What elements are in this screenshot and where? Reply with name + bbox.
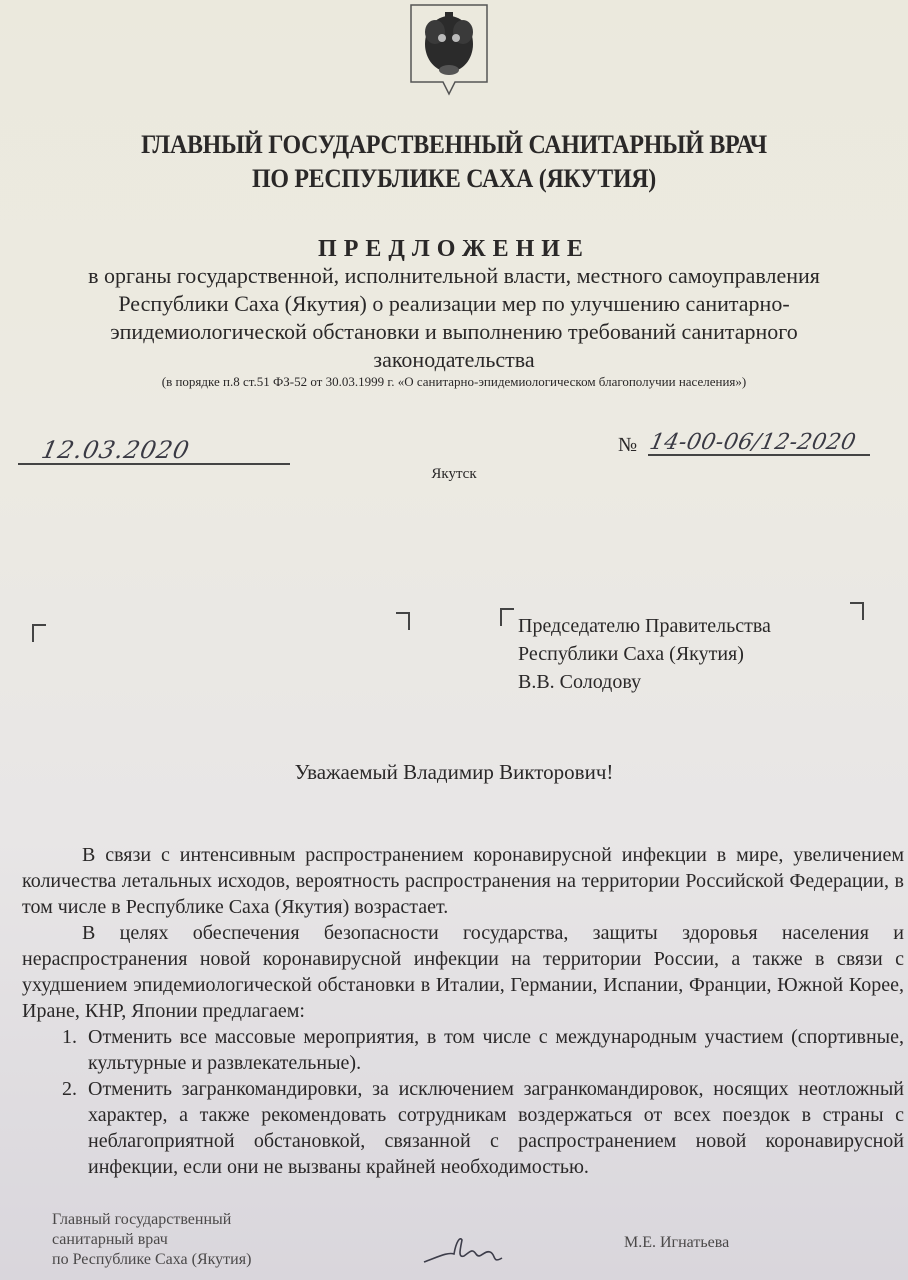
body-paragraph: В целях обеспечения безопасности государ… [22, 920, 904, 1024]
subtitle-line: Республики Саха (Якутия) о реализации ме… [0, 290, 908, 318]
number-underline [648, 454, 870, 456]
addressee-line: Республики Саха (Якутия) [518, 640, 771, 668]
org-title-line-2: ПО РЕСПУБЛИКЕ САХА (ЯКУТИЯ) [36, 162, 871, 196]
document-type: ПРЕДЛОЖЕНИЕ [0, 236, 908, 263]
org-title-line-1: ГЛАВНЫЙ ГОСУДАРСТВЕННЫЙ САНИТАРНЫЙ ВРАЧ [36, 128, 871, 162]
addressee-line: Председателю Правительства [518, 612, 771, 640]
position-line: Главный государственный [52, 1210, 251, 1230]
signer-position: Главный государственный санитарный врач … [52, 1210, 251, 1270]
number-label: № [618, 434, 637, 457]
subtitle-line: в органы государственной, исполнительной… [0, 262, 908, 290]
legal-basis: (в порядке п.8 ст.51 ФЗ-52 от 30.03.1999… [0, 374, 908, 390]
body-paragraph: В связи с интенсивным распространением к… [22, 842, 904, 920]
subtitle-line: эпидемиологической обстановки и выполнен… [0, 318, 908, 346]
position-line: санитарный врач [52, 1230, 251, 1250]
date-underline [18, 463, 290, 465]
city: Якутск [0, 466, 908, 483]
corner-mark-top-left [32, 624, 46, 642]
subtitle-line: законодательства [0, 346, 908, 374]
signature-icon [420, 1232, 520, 1272]
organization-title: ГЛАВНЫЙ ГОСУДАРСТВЕННЫЙ САНИТАРНЫЙ ВРАЧ … [36, 128, 871, 196]
salutation: Уважаемый Владимир Викторович! [0, 760, 908, 785]
document-number: 14-00-06/12-2020 [647, 430, 858, 455]
document-subtitle: в органы государственной, исполнительной… [0, 262, 908, 374]
corner-mark-addressee-right [850, 602, 864, 620]
corner-mark-addressee-left [500, 608, 514, 626]
coat-of-arms-icon [407, 2, 491, 98]
proposal-list: Отменить все массовые мероприятия, в том… [22, 1024, 904, 1180]
corner-mark-top-right [396, 612, 410, 630]
proposal-item: Отменить все массовые мероприятия, в том… [82, 1024, 904, 1076]
position-line: по Республике Саха (Якутия) [52, 1250, 251, 1270]
letter-body: В связи с интенсивным распространением к… [22, 842, 904, 1180]
signer-name: М.Е. Игнатьева [624, 1234, 729, 1252]
document-date: 12.03.2020 [39, 436, 192, 464]
addressee-line: В.В. Солодову [518, 668, 771, 696]
addressee-block: Председателю Правительства Республики Са… [518, 612, 771, 696]
proposal-item: Отменить загранкомандировки, за исключен… [82, 1076, 904, 1180]
